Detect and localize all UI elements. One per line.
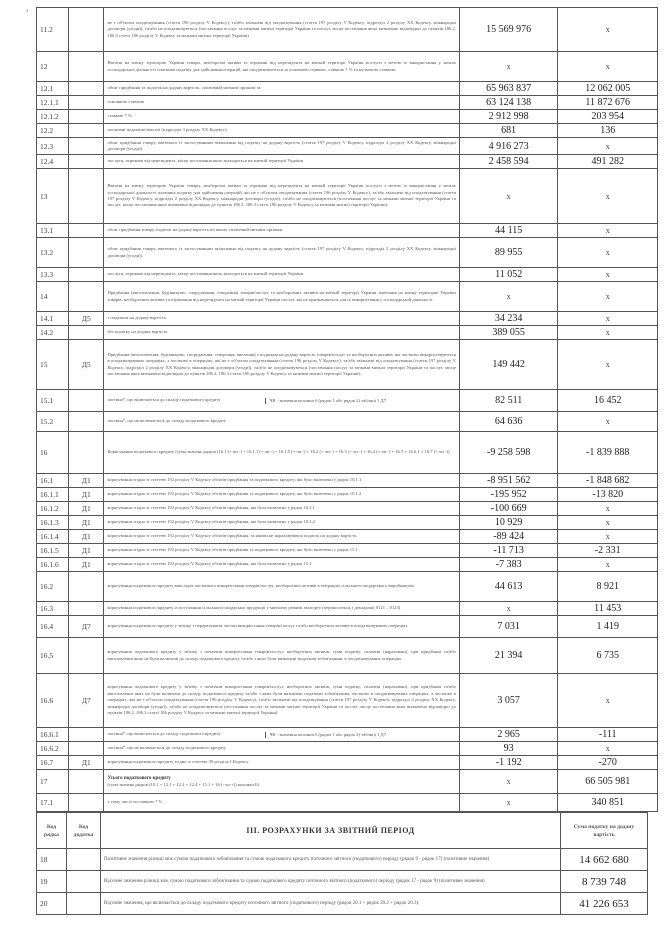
amount-vat: -1 848 682 xyxy=(558,474,658,488)
table-row: 16Коригування податкового кредиту (сума … xyxy=(37,432,658,474)
appendix-code xyxy=(69,742,104,756)
row-code: 15.2 xyxy=(37,412,69,432)
appendix-code xyxy=(69,268,104,282)
table-row: 16.6Д7коригування податкового кредиту у … xyxy=(37,674,658,728)
amount-vat: x xyxy=(558,674,658,728)
amount-volume: x xyxy=(459,770,558,794)
row-code: 16.3 xyxy=(37,602,69,616)
row-code: 14.2 xyxy=(37,326,69,340)
table-row: 15Д5Придбання (виготовлення, будівництво… xyxy=(37,340,658,390)
amount-vat: 12 062 005 xyxy=(558,82,658,96)
appendix-code xyxy=(67,893,101,915)
row-description: частина*, що не включається до складу по… xyxy=(104,412,459,432)
table-row: 16.7Д1коригування податкового кредиту зг… xyxy=(37,756,658,770)
table-row: 15.2частина*, що не включається до склад… xyxy=(37,412,658,432)
share-note: ЧВ - значення колонки 6 (рядок 1 або ряд… xyxy=(265,732,458,738)
amount-vat: -270 xyxy=(558,756,658,770)
row-code: 16.5 xyxy=(37,638,69,674)
appendix-code: Д1 xyxy=(69,558,104,572)
section-title: III. РОЗРАХУНКИ ЗА ЗВІТНИЙ ПЕРІОД xyxy=(101,813,561,849)
table-row: 16.5коригування податкового кредиту у зв… xyxy=(37,638,658,674)
row-description: обсяг придбання товару, податок на додан… xyxy=(104,224,459,238)
row-code: 11.2 xyxy=(37,8,69,52)
row-description: обсяг придбання товару, ввезеного із зас… xyxy=(104,238,459,268)
description-text: (сума значень рядків (10.1 + 12.1 + 12.2… xyxy=(107,782,259,787)
amount-volume: 7 031 xyxy=(459,616,558,638)
appendix-code: Д1 xyxy=(69,756,104,770)
amount-volume: 65 963 837 xyxy=(459,82,558,96)
share-note: ЧВ - значення колонки 6 (рядок 1 або ряд… xyxy=(265,398,458,404)
appendix-code xyxy=(69,169,104,224)
amount-vat: x xyxy=(558,224,658,238)
table-row: 12Ввезені на митну територію України тов… xyxy=(37,52,658,82)
row-code: 12.3 xyxy=(37,138,69,155)
appendix-code xyxy=(69,282,104,312)
appendix-code: Д5 xyxy=(69,312,104,326)
table-row: 15.1частина*, що включається до складу п… xyxy=(37,390,658,412)
appendix-code xyxy=(69,155,104,169)
table-row: 16.6.1частина*, що включається до складу… xyxy=(37,728,658,742)
row-code: 13.1 xyxy=(37,224,69,238)
row-description: Придбання (виготовлення, будівництво, сп… xyxy=(104,340,459,390)
row-description: коригування згідно зі статтею 192 розділ… xyxy=(104,544,459,558)
row-description: Коригування податкового кредиту (сума зн… xyxy=(104,432,459,474)
table-row: 18Позитивне значення різниці між сумою п… xyxy=(37,849,648,871)
amount-vat: x xyxy=(558,268,658,282)
appendix-code xyxy=(69,602,104,616)
amount-volume: 389 055 xyxy=(459,326,558,340)
amount-vat: -2 331 xyxy=(558,544,658,558)
row-code: 16.2 xyxy=(37,572,69,602)
row-code: 15 xyxy=(37,340,69,390)
table-row: 16.1.4Д1коригування згідно зі статтею 19… xyxy=(37,530,658,544)
amount-vat: 11 872 676 xyxy=(558,96,658,110)
amount-vat: x xyxy=(558,52,658,82)
amount-vat: 491 282 xyxy=(558,155,658,169)
row-code: 14 xyxy=(37,282,69,312)
row-description: коригування згідно зі статтею 192 розділ… xyxy=(104,488,459,502)
row-description: коригування податкового кредиту у зв'язк… xyxy=(104,638,459,674)
amount-vat: x xyxy=(558,412,658,432)
table-row: 16.6.2частина*, що не включається до скл… xyxy=(37,742,658,756)
table-row: 16.1.2Д1коригування згідно зі статтею 19… xyxy=(37,502,658,516)
table-row: 16.3коригування податкового кредиту із п… xyxy=(37,602,658,616)
row-description: частина*, що включається до складу подат… xyxy=(104,390,459,412)
row-description: коригування податкового кредиту у зв'язк… xyxy=(104,674,459,728)
appendix-code xyxy=(69,728,104,742)
amount-volume: 44 115 xyxy=(459,224,558,238)
amount-volume: 82 511 xyxy=(459,390,558,412)
appendix-code xyxy=(69,572,104,602)
row-description: Від'ємне значення різниці між сумою пода… xyxy=(101,871,561,893)
row-description: погашені податкові векселі (підрозділ 3 … xyxy=(104,124,459,138)
row-description: коригування податкового кредиту у зв'язк… xyxy=(104,616,459,638)
row-code: 19 xyxy=(37,871,67,893)
amount-volume: 149 442 xyxy=(459,340,558,390)
row-description: частина*, що включається до складу подат… xyxy=(104,728,459,742)
row-code: 13.3 xyxy=(37,268,69,282)
amount-vat: x xyxy=(558,312,658,326)
appendix-code: Д1 xyxy=(69,516,104,530)
header-tax-code: Код додатка xyxy=(67,813,101,849)
appendix-code xyxy=(69,224,104,238)
table-row: 17Усього податкового кредиту(сума значен… xyxy=(37,770,658,794)
amount-volume: 11 052 xyxy=(459,268,558,282)
amount-volume: 89 955 xyxy=(459,238,558,268)
amount-volume: 44 613 xyxy=(459,572,558,602)
table-row: 16.4Д7коригування податкового кредиту у … xyxy=(37,616,658,638)
row-code: 14.1 xyxy=(37,312,69,326)
description-text: частина*, що включається до складу подат… xyxy=(107,731,265,737)
row-code: 16.4 xyxy=(37,616,69,638)
appendix-code xyxy=(69,390,104,412)
amount-vat: 66 505 981 xyxy=(558,770,658,794)
table-row: 12.4послуги, отримані від нерезидента, м… xyxy=(37,155,658,169)
amount-volume: -100 669 xyxy=(459,502,558,516)
appendix-code: Д1 xyxy=(69,474,104,488)
row-code: 16.6 xyxy=(37,674,69,728)
table-row: 16.2коригування податкового кредиту внас… xyxy=(37,572,658,602)
table-row: 16.1.6Д1коригування згідно зі статтею 19… xyxy=(37,558,658,572)
row-code: 17 xyxy=(37,770,69,794)
tax-credit-table: 11.2не є об'єктом оподаткування (стаття … xyxy=(36,7,658,812)
header-row-code: Код рядка xyxy=(37,813,67,849)
vat-amount: 41 226 653 xyxy=(561,893,648,915)
amount-volume: -8 951 562 xyxy=(459,474,558,488)
amount-vat: 1 419 xyxy=(558,616,658,638)
row-description: коригування згідно зі статтею 192 розділ… xyxy=(104,558,459,572)
amount-volume: 4 916 273 xyxy=(459,138,558,155)
amount-volume: -195 952 xyxy=(459,488,558,502)
amount-volume: 64 636 xyxy=(459,412,558,432)
table-row: 16.1.3Д1коригування згідно зі статтею 19… xyxy=(37,516,658,530)
row-description: Від'ємне значення, що включається до скл… xyxy=(101,893,561,915)
table-row: 13.1обсяг придбання товару, податок на д… xyxy=(37,224,658,238)
amount-volume: 2 965 xyxy=(459,728,558,742)
row-description: без податку на додану вартість xyxy=(104,326,459,340)
appendix-code: Д7 xyxy=(69,674,104,728)
appendix-code: Д1 xyxy=(69,488,104,502)
row-code: 16.1 xyxy=(37,474,69,488)
table-row: 19Від'ємне значення різниці між сумою по… xyxy=(37,871,648,893)
appendix-code: Д1 xyxy=(69,502,104,516)
table-row: 17.1у тому числі за ставкою 7 %x340 851 xyxy=(37,794,658,812)
amount-volume: 15 569 976 xyxy=(459,8,558,52)
table-row: 20Від'ємне значення, що включається до с… xyxy=(37,893,648,915)
row-description: коригування податкового кредиту згідно з… xyxy=(104,756,459,770)
settlements-table: Код рядка Код додатка III. РОЗРАХУНКИ ЗА… xyxy=(36,812,648,915)
amount-vat: 8 921 xyxy=(558,572,658,602)
amount-vat: -1 839 888 xyxy=(558,432,658,474)
appendix-code xyxy=(69,110,104,124)
appendix-code: Д5 xyxy=(69,340,104,390)
amount-volume: -11 713 xyxy=(459,544,558,558)
amount-vat: -111 xyxy=(558,728,658,742)
row-description: коригування згідно зі статтею 192 розділ… xyxy=(104,502,459,516)
row-description: послуги, отримані від нерезидента, місце… xyxy=(104,155,459,169)
row-code: 16.7 xyxy=(37,756,69,770)
description-heading: Усього податкового кредиту xyxy=(107,776,170,781)
table-row: 12.3обсяг придбання товару, ввезеного із… xyxy=(37,138,658,155)
amount-vat: 11 453 xyxy=(558,602,658,616)
vat-amount: 14 662 680 xyxy=(561,849,648,871)
appendix-code xyxy=(69,8,104,52)
amount-volume: 2 458 594 xyxy=(459,155,558,169)
appendix-code: Д1 xyxy=(69,530,104,544)
table-row: 12.1.2ставкою 7 %2 912 998203 954 xyxy=(37,110,658,124)
appendix-code xyxy=(69,96,104,110)
row-code: 16 xyxy=(37,432,69,474)
row-description: ставкою 7 % xyxy=(104,110,459,124)
row-description: Позитивне значення різниці між сумою под… xyxy=(101,849,561,871)
table-row: 16.1.5Д1коригування згідно зі статтею 19… xyxy=(37,544,658,558)
row-description: коригування згідно зі статтею 192 розділ… xyxy=(104,516,459,530)
table-row: 13.2обсяг придбання товару, ввезеного із… xyxy=(37,238,658,268)
row-description: коригування податкового кредиту із поста… xyxy=(104,602,459,616)
table-row: 16.1.1Д1коригування згідно зі статтею 19… xyxy=(37,488,658,502)
row-description: Ввезені на митну територію України товар… xyxy=(104,169,459,224)
appendix-code xyxy=(69,794,104,812)
appendix-code xyxy=(69,432,104,474)
amount-volume: 2 912 998 xyxy=(459,110,558,124)
appendix-code xyxy=(69,770,104,794)
appendix-code xyxy=(69,138,104,155)
table-row: 14.1Д5з податком на додану вартість34 23… xyxy=(37,312,658,326)
amount-vat: 16 452 xyxy=(558,390,658,412)
row-code: 16.1.3 xyxy=(37,516,69,530)
row-code: 13 xyxy=(37,169,69,224)
amount-volume: x xyxy=(459,52,558,82)
amount-vat: -13 820 xyxy=(558,488,658,502)
table-row: 12.1.1основною ставкою63 124 13811 872 6… xyxy=(37,96,658,110)
amount-volume: -89 424 xyxy=(459,530,558,544)
row-code: 12 xyxy=(37,52,69,82)
amount-vat: x xyxy=(558,169,658,224)
table-row: 16.1Д1коригування згідно зі статтею 192 … xyxy=(37,474,658,488)
row-code: 12.1.1 xyxy=(37,96,69,110)
row-description: коригування згідно зі статтею 192 розділ… xyxy=(104,530,459,544)
table-row: 13Ввезені на митну територію України тов… xyxy=(37,169,658,224)
appendix-code xyxy=(69,52,104,82)
amount-volume: -9 258 598 xyxy=(459,432,558,474)
appendix-code xyxy=(69,82,104,96)
table-row: 14.2без податку на додану вартість389 05… xyxy=(37,326,658,340)
description-text: частина*, що включається до складу подат… xyxy=(107,397,265,403)
row-description: послуги, отримані від нерезидента, місце… xyxy=(104,268,459,282)
amount-volume: 10 929 xyxy=(459,516,558,530)
amount-vat: x xyxy=(558,138,658,155)
amount-volume: x xyxy=(459,282,558,312)
table-row: 13.3послуги, отримані від нерезидента, м… xyxy=(37,268,658,282)
amount-vat: x xyxy=(558,530,658,544)
row-code: 20 xyxy=(37,893,67,915)
row-code: 16.6.2 xyxy=(37,742,69,756)
amount-vat: x xyxy=(558,558,658,572)
row-code: 12.1.2 xyxy=(37,110,69,124)
appendix-code: Д7 xyxy=(69,616,104,638)
amount-vat: x xyxy=(558,8,658,52)
row-description: основною ставкою xyxy=(104,96,459,110)
table-row: 12.2погашені податкові векселі (підрозді… xyxy=(37,124,658,138)
amount-vat: 6 735 xyxy=(558,638,658,674)
row-code: 16.1.2 xyxy=(37,502,69,516)
amount-vat: x xyxy=(558,516,658,530)
row-code: 16.1.6 xyxy=(37,558,69,572)
row-description: у тому числі за ставкою 7 % xyxy=(104,794,459,812)
table-row: 11.2не є об'єктом оподаткування (стаття … xyxy=(37,8,658,52)
vat-amount: 8 739 748 xyxy=(561,871,648,893)
amount-volume: 93 xyxy=(459,742,558,756)
amount-vat: x xyxy=(558,282,658,312)
amount-vat: 340 851 xyxy=(558,794,658,812)
row-description: Придбання (виготовлення, будівництво, сп… xyxy=(104,282,459,312)
scan-mark: з xyxy=(26,8,28,14)
amount-vat: x xyxy=(558,742,658,756)
amount-vat: 203 954 xyxy=(558,110,658,124)
appendix-code xyxy=(69,638,104,674)
row-description: обсяг придбання товару, ввезеного із зас… xyxy=(104,138,459,155)
amount-volume: x xyxy=(459,602,558,616)
row-description: коригування податкового кредиту внаслідо… xyxy=(104,572,459,602)
row-code: 15.1 xyxy=(37,390,69,412)
amount-volume: 3 057 xyxy=(459,674,558,728)
row-code: 16.1.1 xyxy=(37,488,69,502)
row-description: Ввезені на митну територію України товар… xyxy=(104,52,459,82)
amount-volume: 34 234 xyxy=(459,312,558,326)
row-code: 16.6.1 xyxy=(37,728,69,742)
amount-volume: 21 394 xyxy=(459,638,558,674)
amount-vat: 136 xyxy=(558,124,658,138)
row-code: 13.2 xyxy=(37,238,69,268)
row-description: коригування згідно зі статтею 192 розділ… xyxy=(104,474,459,488)
amount-volume: 63 124 138 xyxy=(459,96,558,110)
appendix-code xyxy=(69,412,104,432)
amount-vat: x xyxy=(558,238,658,268)
amount-vat: x xyxy=(558,326,658,340)
row-code: 16.1.5 xyxy=(37,544,69,558)
amount-volume: -7 383 xyxy=(459,558,558,572)
table-header-row: Код рядка Код додатка III. РОЗРАХУНКИ ЗА… xyxy=(37,813,648,849)
amount-vat: x xyxy=(558,340,658,390)
appendix-code: Д1 xyxy=(69,544,104,558)
header-vat-amount: Сума податку на додану вартість xyxy=(561,813,648,849)
row-code: 12.1 xyxy=(37,82,69,96)
appendix-code xyxy=(67,849,101,871)
table-row: 12.1обсяг придбання та податок на додану… xyxy=(37,82,658,96)
amount-vat: x xyxy=(558,502,658,516)
appendix-code xyxy=(69,326,104,340)
appendix-code xyxy=(69,124,104,138)
row-description: Усього податкового кредиту(сума значень … xyxy=(104,770,459,794)
row-code: 12.4 xyxy=(37,155,69,169)
row-description: не є об'єктом оподаткування (стаття 196 … xyxy=(104,8,459,52)
appendix-code xyxy=(69,238,104,268)
amount-volume: -1 192 xyxy=(459,756,558,770)
row-description: з податком на додану вартість xyxy=(104,312,459,326)
table-row: 14Придбання (виготовлення, будівництво, … xyxy=(37,282,658,312)
row-description: обсяг придбання та податок на додану вар… xyxy=(104,82,459,96)
row-code: 17.1 xyxy=(37,794,69,812)
row-code: 18 xyxy=(37,849,67,871)
amount-volume: x xyxy=(459,169,558,224)
row-description: частина*, що не включається до складу по… xyxy=(104,742,459,756)
amount-volume: 681 xyxy=(459,124,558,138)
row-code: 16.1.4 xyxy=(37,530,69,544)
row-code: 12.2 xyxy=(37,124,69,138)
appendix-code xyxy=(67,871,101,893)
amount-volume: x xyxy=(459,794,558,812)
